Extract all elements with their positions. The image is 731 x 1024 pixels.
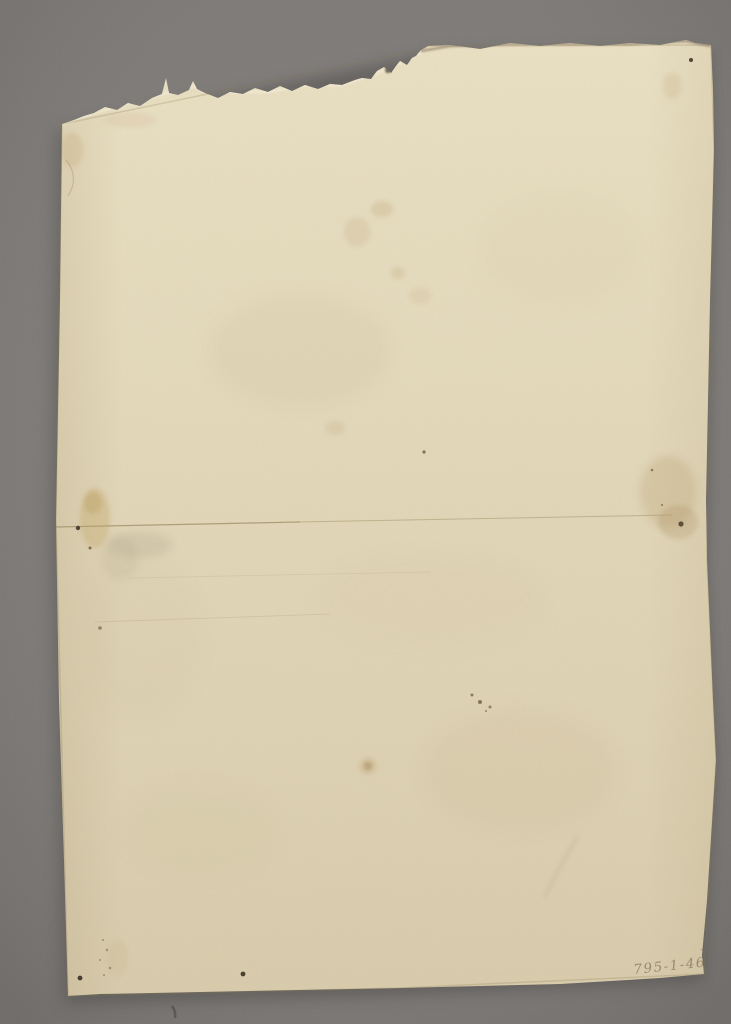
paper-grain-texture	[40, 30, 730, 1010]
paper-surface-detail: 795-1-4619	[40, 30, 730, 1010]
photograph-of-blank-aged-paper: 795-1-4619	[0, 0, 731, 1024]
photo-canvas: 795-1-4619	[0, 0, 731, 1024]
